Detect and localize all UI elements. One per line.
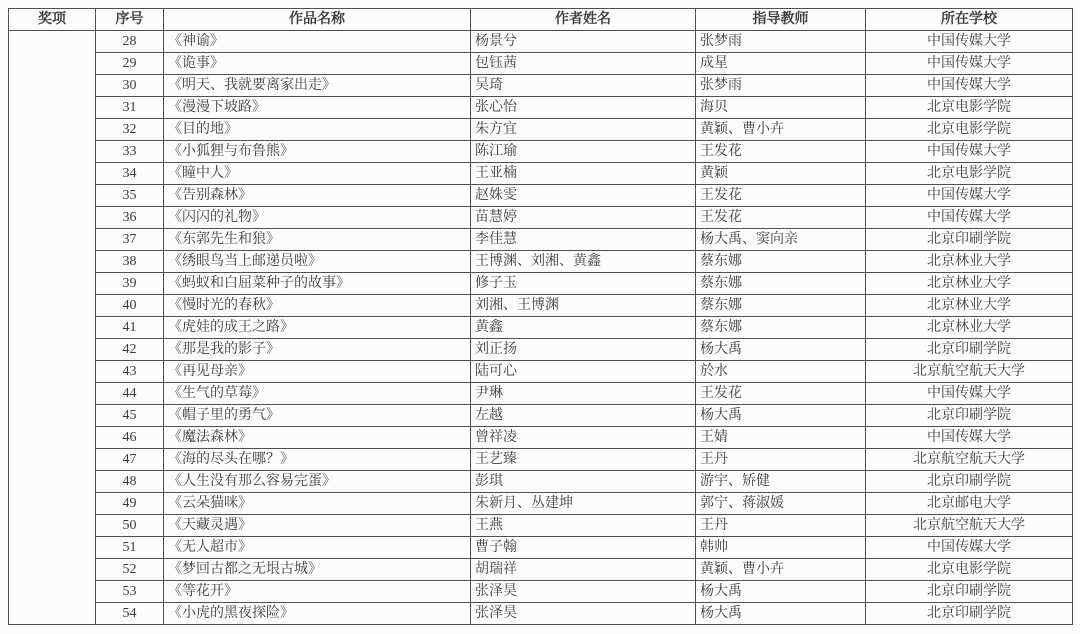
cell-serial-number: 42 bbox=[96, 339, 164, 361]
table-row: 48 《人生没有那么容易完蛋》 彭琪 游宇、矫健 北京印刷学院 bbox=[9, 471, 1073, 493]
cell-serial-number: 45 bbox=[96, 405, 164, 427]
cell-advisor: 王发花 bbox=[696, 141, 866, 163]
document-sheet: 奖项 序号 作品名称 作者姓名 指导教师 所在学校 28 《神谕》 杨景兮 张梦… bbox=[0, 0, 1080, 629]
table-row: 32 《目的地》 朱方宜 黄颖、曹小卉 北京电影学院 bbox=[9, 119, 1073, 141]
cell-advisor: 王丹 bbox=[696, 515, 866, 537]
table-row: 53 《等花开》 张泽昊 杨大禹 北京印刷学院 bbox=[9, 581, 1073, 603]
cell-advisor: 黄颖 bbox=[696, 163, 866, 185]
cell-school: 中国传媒大学 bbox=[866, 427, 1073, 449]
cell-school: 中国传媒大学 bbox=[866, 31, 1073, 53]
col-header-serial-number: 序号 bbox=[96, 9, 164, 31]
cell-author-name: 王博渊、刘湘、黄鑫 bbox=[471, 251, 696, 273]
cell-work-title: 《魔法森林》 bbox=[164, 427, 471, 449]
cell-school: 北京电影学院 bbox=[866, 97, 1073, 119]
cell-serial-number: 49 bbox=[96, 493, 164, 515]
cell-work-title: 《梦回古都之无垠古城》 bbox=[164, 559, 471, 581]
table-row: 29 《诡事》 包钰茜 成星 中国传媒大学 bbox=[9, 53, 1073, 75]
cell-serial-number: 30 bbox=[96, 75, 164, 97]
cell-author-name: 吴琦 bbox=[471, 75, 696, 97]
cell-school: 北京林业大学 bbox=[866, 295, 1073, 317]
cell-work-title: 《小虎的黑夜探险》 bbox=[164, 603, 471, 625]
table-row: 47 《海的尽头在哪？》 王艺臻 王丹 北京航空航天大学 bbox=[9, 449, 1073, 471]
cell-school: 北京林业大学 bbox=[866, 251, 1073, 273]
cell-serial-number: 48 bbox=[96, 471, 164, 493]
cell-advisor: 蔡东娜 bbox=[696, 295, 866, 317]
cell-school: 北京印刷学院 bbox=[866, 581, 1073, 603]
cell-school: 中国传媒大学 bbox=[866, 53, 1073, 75]
table-row: 52 《梦回古都之无垠古城》 胡瑞祥 黄颖、曹小卉 北京电影学院 bbox=[9, 559, 1073, 581]
table-row: 54 《小虎的黑夜探险》 张泽昊 杨大禹 北京印刷学院 bbox=[9, 603, 1073, 625]
table-row: 39 《蚂蚁和白屈菜种子的故事》 修子玉 蔡东娜 北京林业大学 bbox=[9, 273, 1073, 295]
table-row: 30 《明天、我就要离家出走》 吴琦 张梦雨 中国传媒大学 bbox=[9, 75, 1073, 97]
table-row: 31 《漫漫下坡路》 张心怡 海贝 北京电影学院 bbox=[9, 97, 1073, 119]
cell-author-name: 张泽昊 bbox=[471, 603, 696, 625]
cell-school: 中国传媒大学 bbox=[866, 75, 1073, 97]
cell-work-title: 《那是我的影子》 bbox=[164, 339, 471, 361]
cell-serial-number: 53 bbox=[96, 581, 164, 603]
cell-author-name: 修子玉 bbox=[471, 273, 696, 295]
cell-serial-number: 44 bbox=[96, 383, 164, 405]
cell-school: 北京印刷学院 bbox=[866, 471, 1073, 493]
cell-advisor: 张梦雨 bbox=[696, 31, 866, 53]
cell-advisor: 王丹 bbox=[696, 449, 866, 471]
cell-author-name: 黄鑫 bbox=[471, 317, 696, 339]
table-row: 37 《东郭先生和狼》 李佳慧 杨大禹、窦向亲 北京印刷学院 bbox=[9, 229, 1073, 251]
table-row: 43 《再见母亲》 陆可心 於水 北京航空航天大学 bbox=[9, 361, 1073, 383]
cell-advisor: 王婧 bbox=[696, 427, 866, 449]
cell-work-title: 《等花开》 bbox=[164, 581, 471, 603]
col-header-advisor: 指导教师 bbox=[696, 9, 866, 31]
cell-work-title: 《瞳中人》 bbox=[164, 163, 471, 185]
award-works-table: 奖项 序号 作品名称 作者姓名 指导教师 所在学校 28 《神谕》 杨景兮 张梦… bbox=[8, 8, 1073, 625]
cell-work-title: 《天藏灵遇》 bbox=[164, 515, 471, 537]
cell-school: 中国传媒大学 bbox=[866, 185, 1073, 207]
cell-advisor: 杨大禹 bbox=[696, 405, 866, 427]
cell-author-name: 曹子翰 bbox=[471, 537, 696, 559]
cell-serial-number: 31 bbox=[96, 97, 164, 119]
cell-school: 北京航空航天大学 bbox=[866, 449, 1073, 471]
cell-advisor: 成星 bbox=[696, 53, 866, 75]
cell-author-name: 彭琪 bbox=[471, 471, 696, 493]
cell-advisor: 杨大禹 bbox=[696, 603, 866, 625]
cell-school: 北京邮电大学 bbox=[866, 493, 1073, 515]
cell-author-name: 朱新月、丛建坤 bbox=[471, 493, 696, 515]
cell-serial-number: 52 bbox=[96, 559, 164, 581]
cell-advisor: 张梦雨 bbox=[696, 75, 866, 97]
cell-serial-number: 33 bbox=[96, 141, 164, 163]
cell-author-name: 苗慧婷 bbox=[471, 207, 696, 229]
cell-school: 中国传媒大学 bbox=[866, 141, 1073, 163]
cell-advisor: 韩帅 bbox=[696, 537, 866, 559]
cell-author-name: 王亚楠 bbox=[471, 163, 696, 185]
cell-work-title: 《诡事》 bbox=[164, 53, 471, 75]
cell-author-name: 朱方宜 bbox=[471, 119, 696, 141]
cell-work-title: 《小狐狸与布鲁熊》 bbox=[164, 141, 471, 163]
cell-serial-number: 41 bbox=[96, 317, 164, 339]
cell-school: 北京航空航天大学 bbox=[866, 361, 1073, 383]
table-row: 33 《小狐狸与布鲁熊》 陈江瑜 王发花 中国传媒大学 bbox=[9, 141, 1073, 163]
cell-work-title: 《再见母亲》 bbox=[164, 361, 471, 383]
cell-serial-number: 37 bbox=[96, 229, 164, 251]
cell-work-title: 《漫漫下坡路》 bbox=[164, 97, 471, 119]
cell-author-name: 胡瑞祥 bbox=[471, 559, 696, 581]
table-header: 奖项 序号 作品名称 作者姓名 指导教师 所在学校 bbox=[9, 9, 1073, 31]
cell-school: 北京电影学院 bbox=[866, 119, 1073, 141]
cell-advisor: 蔡东娜 bbox=[696, 251, 866, 273]
table-row: 38 《绣眼鸟当上邮递员啦》 王博渊、刘湘、黄鑫 蔡东娜 北京林业大学 bbox=[9, 251, 1073, 273]
cell-author-name: 刘正扬 bbox=[471, 339, 696, 361]
cell-serial-number: 54 bbox=[96, 603, 164, 625]
table-row: 36 《闪闪的礼物》 苗慧婷 王发花 中国传媒大学 bbox=[9, 207, 1073, 229]
table-row: 35 《告别森林》 赵姝雯 王发花 中国传媒大学 bbox=[9, 185, 1073, 207]
cell-author-name: 张泽昊 bbox=[471, 581, 696, 603]
cell-work-title: 《目的地》 bbox=[164, 119, 471, 141]
cell-author-name: 左越 bbox=[471, 405, 696, 427]
cell-author-name: 杨景兮 bbox=[471, 31, 696, 53]
cell-work-title: 《云朵猫咪》 bbox=[164, 493, 471, 515]
table-row: 28 《神谕》 杨景兮 张梦雨 中国传媒大学 bbox=[9, 31, 1073, 53]
cell-school: 北京电影学院 bbox=[866, 559, 1073, 581]
table-row: 49 《云朵猫咪》 朱新月、丛建坤 郭宁、蒋淑媛 北京邮电大学 bbox=[9, 493, 1073, 515]
cell-work-title: 《生气的草莓》 bbox=[164, 383, 471, 405]
cell-advisor: 黄颖、曹小卉 bbox=[696, 559, 866, 581]
table-row: 41 《虎娃的成王之路》 黄鑫 蔡东娜 北京林业大学 bbox=[9, 317, 1073, 339]
cell-school: 北京印刷学院 bbox=[866, 603, 1073, 625]
cell-serial-number: 35 bbox=[96, 185, 164, 207]
cell-advisor: 杨大禹 bbox=[696, 581, 866, 603]
cell-author-name: 陈江瑜 bbox=[471, 141, 696, 163]
award-column-merged-cell bbox=[9, 31, 96, 625]
table-row: 42 《那是我的影子》 刘正扬 杨大禹 北京印刷学院 bbox=[9, 339, 1073, 361]
table-row: 46 《魔法森林》 曾祥凌 王婧 中国传媒大学 bbox=[9, 427, 1073, 449]
cell-school: 北京印刷学院 bbox=[866, 339, 1073, 361]
cell-advisor: 於水 bbox=[696, 361, 866, 383]
cell-work-title: 《绣眼鸟当上邮递员啦》 bbox=[164, 251, 471, 273]
cell-advisor: 黄颖、曹小卉 bbox=[696, 119, 866, 141]
cell-work-title: 《无人超市》 bbox=[164, 537, 471, 559]
cell-school: 北京印刷学院 bbox=[866, 405, 1073, 427]
cell-school: 北京电影学院 bbox=[866, 163, 1073, 185]
cell-work-title: 《帽子里的勇气》 bbox=[164, 405, 471, 427]
cell-school: 北京林业大学 bbox=[866, 317, 1073, 339]
cell-work-title: 《人生没有那么容易完蛋》 bbox=[164, 471, 471, 493]
cell-advisor: 杨大禹 bbox=[696, 339, 866, 361]
cell-author-name: 刘湘、王博渊 bbox=[471, 295, 696, 317]
cell-advisor: 王发花 bbox=[696, 383, 866, 405]
col-header-author-name: 作者姓名 bbox=[471, 9, 696, 31]
cell-school: 北京林业大学 bbox=[866, 273, 1073, 295]
col-header-school: 所在学校 bbox=[866, 9, 1073, 31]
cell-author-name: 李佳慧 bbox=[471, 229, 696, 251]
cell-author-name: 赵姝雯 bbox=[471, 185, 696, 207]
cell-work-title: 《蚂蚁和白屈菜种子的故事》 bbox=[164, 273, 471, 295]
cell-work-title: 《闪闪的礼物》 bbox=[164, 207, 471, 229]
header-row: 奖项 序号 作品名称 作者姓名 指导教师 所在学校 bbox=[9, 9, 1073, 31]
cell-serial-number: 47 bbox=[96, 449, 164, 471]
cell-advisor: 王发花 bbox=[696, 185, 866, 207]
table-row: 51 《无人超市》 曹子翰 韩帅 中国传媒大学 bbox=[9, 537, 1073, 559]
cell-author-name: 曾祥凌 bbox=[471, 427, 696, 449]
cell-author-name: 尹琳 bbox=[471, 383, 696, 405]
cell-school: 中国传媒大学 bbox=[866, 537, 1073, 559]
cell-serial-number: 28 bbox=[96, 31, 164, 53]
cell-serial-number: 43 bbox=[96, 361, 164, 383]
cell-work-title: 《神谕》 bbox=[164, 31, 471, 53]
cell-author-name: 陆可心 bbox=[471, 361, 696, 383]
col-header-work-title: 作品名称 bbox=[164, 9, 471, 31]
cell-advisor: 杨大禹、窦向亲 bbox=[696, 229, 866, 251]
table-row: 34 《瞳中人》 王亚楠 黄颖 北京电影学院 bbox=[9, 163, 1073, 185]
table-row: 44 《生气的草莓》 尹琳 王发花 中国传媒大学 bbox=[9, 383, 1073, 405]
col-header-award: 奖项 bbox=[9, 9, 96, 31]
table-row: 40 《慢时光的春秋》 刘湘、王博渊 蔡东娜 北京林业大学 bbox=[9, 295, 1073, 317]
cell-work-title: 《告别森林》 bbox=[164, 185, 471, 207]
cell-serial-number: 38 bbox=[96, 251, 164, 273]
cell-advisor: 蔡东娜 bbox=[696, 317, 866, 339]
table-row: 50 《天藏灵遇》 王燕 王丹 北京航空航天大学 bbox=[9, 515, 1073, 537]
cell-serial-number: 29 bbox=[96, 53, 164, 75]
cell-author-name: 包钰茜 bbox=[471, 53, 696, 75]
cell-serial-number: 50 bbox=[96, 515, 164, 537]
cell-school: 北京航空航天大学 bbox=[866, 515, 1073, 537]
cell-advisor: 蔡东娜 bbox=[696, 273, 866, 295]
table-body: 28 《神谕》 杨景兮 张梦雨 中国传媒大学 29 《诡事》 包钰茜 成星 中国… bbox=[9, 31, 1073, 625]
cell-advisor: 王发花 bbox=[696, 207, 866, 229]
cell-author-name: 张心怡 bbox=[471, 97, 696, 119]
cell-work-title: 《明天、我就要离家出走》 bbox=[164, 75, 471, 97]
cell-serial-number: 36 bbox=[96, 207, 164, 229]
cell-serial-number: 32 bbox=[96, 119, 164, 141]
cell-author-name: 王燕 bbox=[471, 515, 696, 537]
cell-work-title: 《虎娃的成王之路》 bbox=[164, 317, 471, 339]
cell-serial-number: 51 bbox=[96, 537, 164, 559]
cell-work-title: 《慢时光的春秋》 bbox=[164, 295, 471, 317]
cell-serial-number: 40 bbox=[96, 295, 164, 317]
table-row: 45 《帽子里的勇气》 左越 杨大禹 北京印刷学院 bbox=[9, 405, 1073, 427]
cell-serial-number: 34 bbox=[96, 163, 164, 185]
cell-school: 中国传媒大学 bbox=[866, 207, 1073, 229]
cell-work-title: 《海的尽头在哪？》 bbox=[164, 449, 471, 471]
cell-school: 中国传媒大学 bbox=[866, 383, 1073, 405]
cell-author-name: 王艺臻 bbox=[471, 449, 696, 471]
cell-serial-number: 39 bbox=[96, 273, 164, 295]
cell-serial-number: 46 bbox=[96, 427, 164, 449]
cell-school: 北京印刷学院 bbox=[866, 229, 1073, 251]
cell-advisor: 游宇、矫健 bbox=[696, 471, 866, 493]
cell-advisor: 郭宁、蒋淑媛 bbox=[696, 493, 866, 515]
cell-advisor: 海贝 bbox=[696, 97, 866, 119]
cell-work-title: 《东郭先生和狼》 bbox=[164, 229, 471, 251]
